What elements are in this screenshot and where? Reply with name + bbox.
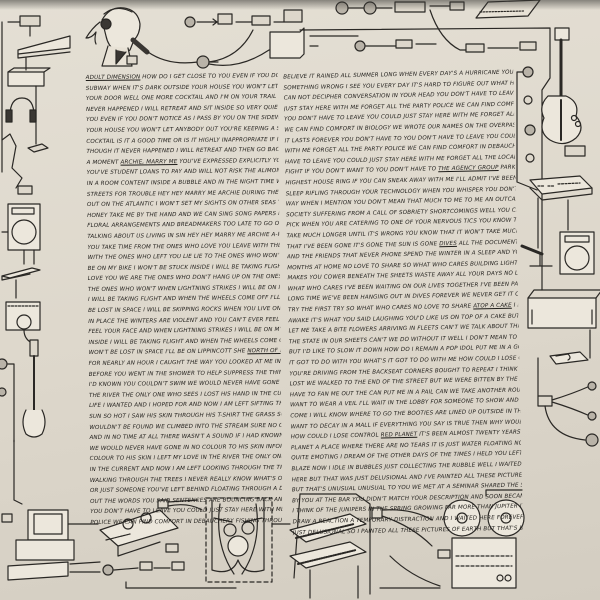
headphones-icon [6,98,36,122]
song-title: NORTH OF KTN [247,348,280,354]
lyric-text: YOU TAKE TIME FROM THE ONES WHO LOVE YOU… [87,242,279,251]
lyric-text: SUBWAY WHEN IT'S DARK OUTSIDE YOUR HOUSE… [86,82,278,91]
lyric-text: WON'T BE LOST IN SPACE I'LL BE ON LIPPIN… [89,349,248,357]
song-title: DIVES [439,240,457,246]
splitter-pedal-icon [538,358,598,446]
speaker-cabinet-left-icon [2,204,40,264]
lyric-text: OUT ON THE ATLANTIC I WON'T SET MY SIGHT… [87,199,279,208]
microphone-stand-icon [522,198,552,266]
lyric-text: POLICE WE CAN FIND COMFORT IN DEBAUCHERY… [90,517,282,526]
lyric-text: A MOMENT [87,159,121,165]
bass-hand-icon [2,134,32,194]
lyrics-column-left: ADULT DIMENSION HOW DO I GET CLOSE TO YO… [86,71,283,529]
mixer-shelf-icon [18,36,70,58]
guitar-amp-icon [6,302,40,344]
stage-monitor-speaker-icon [560,200,594,274]
lyric-text: TRY THE FIRST TRY SO WHAT WHO CARES NO L… [288,304,473,314]
shelf-left-icon [2,268,40,298]
cable-connector-icon [197,30,277,68]
song-title: ATOP A CAKE [473,303,512,310]
drum-machine-icon [530,176,592,200]
vu-meter-icon [550,330,590,364]
lyric-text: IN PLACE THE WINTERS ARE VIOLENT AND YOU… [88,316,280,325]
lyric-text: IN THE CURRENT AND NOW I AM LEFT LOOKING… [90,465,282,473]
lyric-text: OR JUST SOMEONE YOU'VE LEFT BEHIND FLOAT… [90,485,282,494]
lyric-text: WOULDN'T BE FOUND WE CLIMBED INTO THE ST… [89,422,281,431]
lyric-text: SUN SO HOT I SAW HIS SKIN THROUGH HIS T-… [89,411,281,420]
lyric-text: YOU'VE EXPRESSED EXPLICITLY YOUR CONTEMP… [177,157,278,165]
lyrics-column-right: BELIEVE IT RAINED ALL SUMMER LONG WHEN E… [283,68,523,539]
lyric-text: I LIE ON A SOFA [512,302,518,309]
lyric-text: HONEY TAKE ME BY THE HAND AND WE CAN SIN… [87,210,279,219]
lyric-text: YOUR DOOR WELL ONE MORE COCKTAIL AND I'M… [86,93,278,102]
vintage-computer-icon [2,510,98,580]
lyric-text: NEVER HAPPENED I WILL RETREAT AND SIT IN… [86,104,278,113]
lyric-text: AND IN NO TIME AT ALL THERE WASN'T A SOU… [89,432,281,441]
lyric-text: STREETS FOR TROUBLE HEY HEY MARRY ME ARC… [87,189,279,198]
lyric-text: OUT THE WORDS YOU SAID SENTENCES ARE BOU… [90,496,282,505]
lyric-text: INSIDE I WILL BE TAKING FLIGHT AND WHEN … [88,337,280,346]
lyric-text: WITH THE ONES WHO LEFT YOU LIE LIE TO TH… [88,252,280,261]
rack-box-icon [8,58,50,86]
song-title: RED PLANET [381,432,418,439]
lyric-text: BEFORE YOU WENT IN THE SHOWER TO HELP SU… [89,368,281,377]
rack-unit-right-icon [528,290,600,328]
lyric-text: HOW COULD I LOSE CONTROL [291,433,381,441]
lyric-text: BE ON MY BIKE I WON'T BE STUCK INSIDE I … [88,263,280,272]
lyric-line: POLICE WE CAN FIND COMFORT IN DEBAUCHERY… [90,516,282,529]
lyric-text: TALKING ABOUT US LIVING IN SIN HEY HEY M… [87,231,279,239]
lyric-text: IT'S BEEN ALMOST TWENTY YEARS ON THE RED [417,429,521,438]
lyric-text: FLORAL ARRANGEMENTS AND BREADMAKERS TOO … [87,220,279,229]
bass-guitar-icon [0,340,45,442]
photo-edge-shadow [0,0,600,10]
lyric-text: THOUGH IT NEVER HAPPENED I WILL RETREAT … [86,146,278,155]
lyric-text: ALL THE DOCUMENTS YOU KEEP [457,238,517,246]
lyric-text: FEEL YOUR FACE AND WHEN LIGHTNING STRIKE… [88,326,280,335]
lyric-text: YOU EVEN IF YOU DON'T NOTICE AS I PASS B… [86,114,278,123]
lyric-text: HOW DO I GET CLOSE TO YOU EVEN IF YOU DO… [140,72,277,81]
electric-guitar-icon [542,28,581,144]
lyric-text: COLOUR TO HIS SKIN I LEFT MY LOVE IN THE… [90,454,282,463]
lyric-text: FIGHT IF YOU DON'T WANT TO YOU DON'T HAV… [285,167,438,176]
lyric-text: LIFE I WANTED AND I HOPED FOR AND NOW I … [89,401,281,410]
lyric-text: WALKING THROUGH THE TREES I NEVER REALLY… [90,475,282,484]
lyric-text: PARKED OUTSIDE OF THE [499,164,516,172]
lyric-text: COCKTAIL IS IT A GOOD TIME OR IS IT HIGH… [86,136,278,145]
lyric-text: THAT I'VE BEEN GONE IT'S GONE THE SUN IS… [287,241,440,250]
song-title: ARCHIE, MARRY ME [120,159,177,166]
lyric-text: YOU'VE STUDENT LOANS TO PAY AND WILL NOT… [87,167,279,176]
song-title: ADULT DIMENSION [86,74,141,81]
lyric-text: WE WOULD NEVER HAVE GONE IN NO COLOUR TO… [90,443,282,452]
lyric-text: YOU DON'T HAVE TO LEAVE YOU COULD JUST S… [90,507,282,516]
lyric-text: THE ONES WHO WON'T WHEN LIGHTNING STRIKE… [88,284,280,293]
lyric-text: THE RIVER THE ONLY ONE WHO SEES I LOST H… [89,390,281,399]
song-title: THE AGENCY GROUP [438,165,499,172]
lyric-text: I WILL BE TAKING FLIGHT AND WHEN THE WHE… [88,294,280,303]
lyric-text: BE LOST IN SPACE I WILL BE SKIPPING ROCK… [88,305,280,314]
lyric-text: FOR NEARLY AN HOUR I CAUGHT THE WAY YOU … [89,358,281,367]
lyric-text: I'D KNOWN YOU COULDN'T SWIM WE WOULD NEV… [89,380,281,389]
lyric-text: YOUR HOUSE YOU WON'T LET ANYBODY OUT YOU… [86,125,278,134]
lyric-text: LOVE YOU WE ARE THE ONES WHO DON'T HANG … [88,273,280,282]
lyric-text: IN A ROOM CONTENT INSIDE A BUBBLE AND IN… [87,178,279,187]
